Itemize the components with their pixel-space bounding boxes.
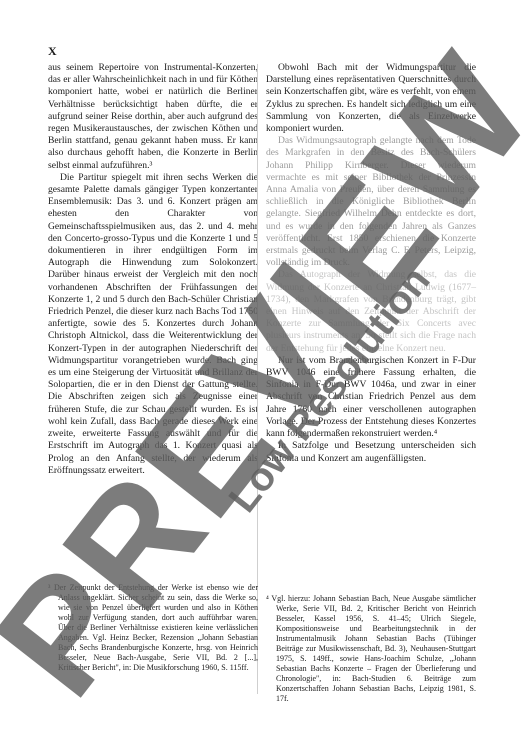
footnote-right: ⁴ Vgl. hierzu: Johann Sebastian Bach, Ne…: [266, 594, 476, 704]
left-column: aus seinem Repertoire von Instrumental-K…: [48, 62, 258, 477]
paragraph: Das Widmungsautograph gelangte nach dem …: [266, 135, 476, 269]
paragraph: Nur ist vom Brandenburgischen Konzert in…: [266, 355, 476, 440]
footnote-text: ³ Der Zeitpunkt der Entstehung der Werke…: [48, 583, 258, 673]
paragraph: Das Autograph der Widmung selbst, das di…: [266, 269, 476, 354]
paragraph: Die Partitur spiegelt mit ihren sechs We…: [48, 172, 258, 477]
paragraph: In Satzfolge und Besetzung unterscheiden…: [266, 440, 476, 464]
paragraph: aus seinem Repertoire von Instrumental-K…: [48, 62, 258, 172]
paragraph: Obwohl Bach mit der Widmungspartitur die…: [266, 62, 476, 135]
footnote-text: ⁴ Vgl. hierzu: Johann Sebastian Bach, Ne…: [266, 594, 476, 704]
right-column: Obwohl Bach mit der Widmungspartitur die…: [266, 62, 476, 465]
page-number: X: [48, 44, 57, 59]
footnote-left: ³ Der Zeitpunkt der Entstehung der Werke…: [48, 583, 258, 673]
